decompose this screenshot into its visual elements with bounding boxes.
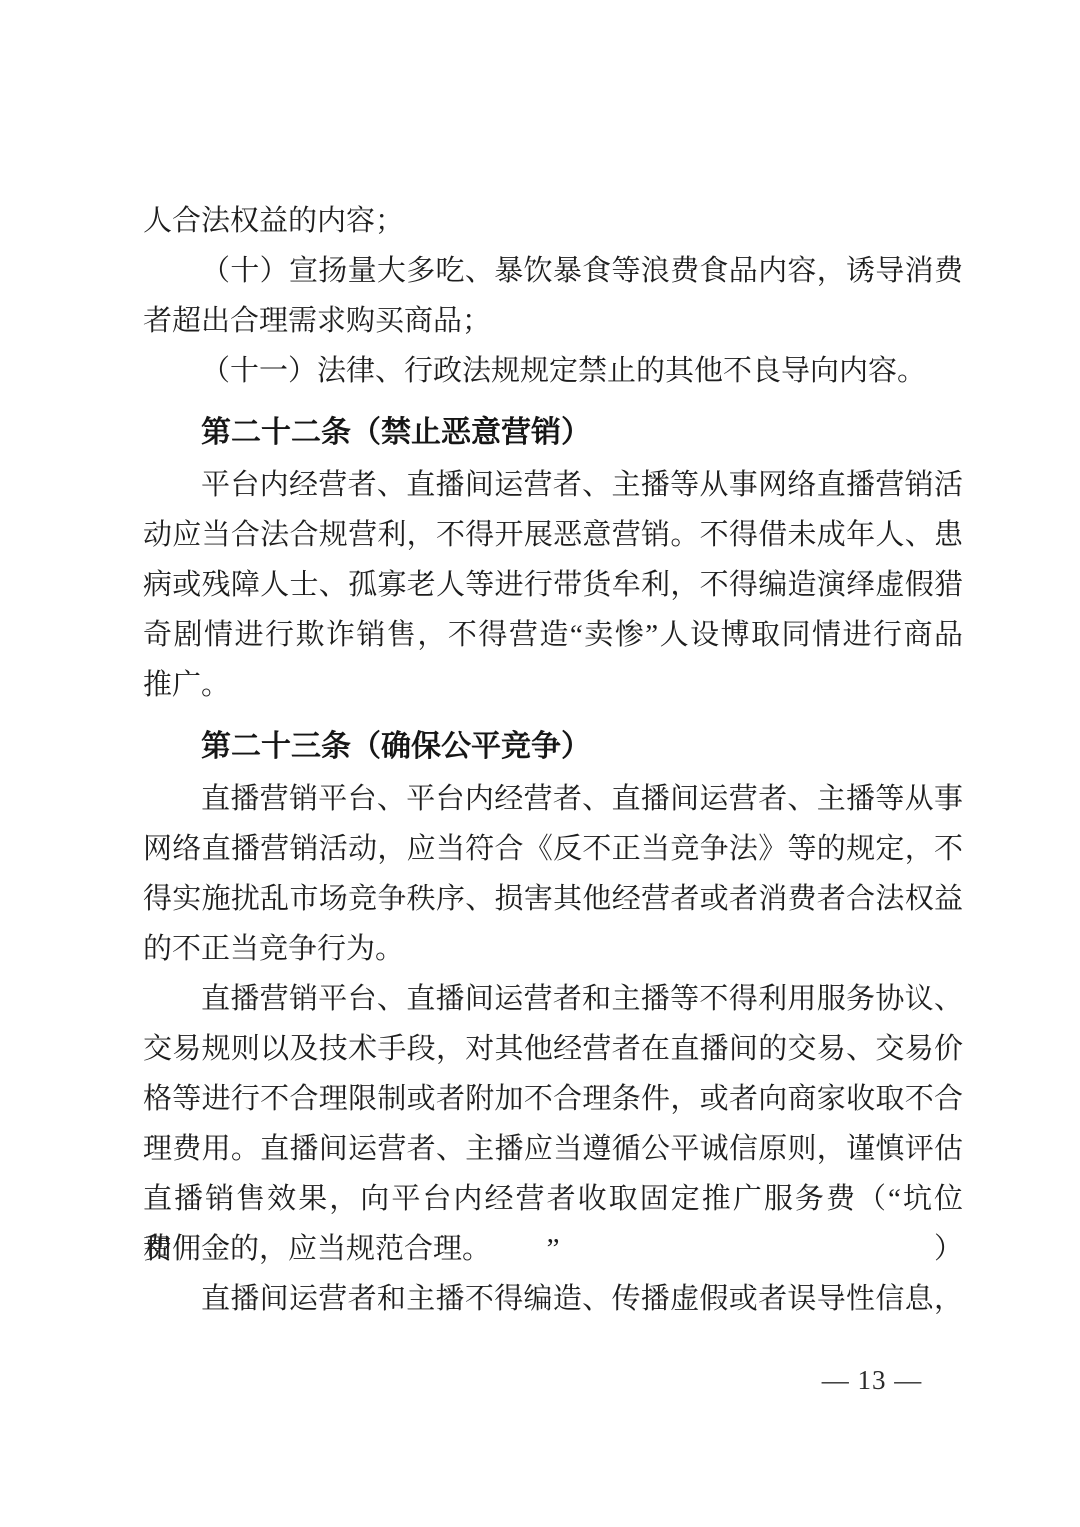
text-line: 平台内经营者、直播间运营者、主播等从事网络直播营销活 <box>143 460 963 510</box>
document-page: 人合法权益的内容；（十）宣扬量大多吃、暴饮暴食等浪费食品内容，诱导消费者超出合理… <box>0 0 1080 1527</box>
text-line: 理费用。直播间运营者、主播应当遵循公平诚信原则，谨慎评估 <box>143 1124 963 1174</box>
text-line: 病或残障人士、孤寡老人等进行带货牟利，不得编造演绎虚假猎 <box>143 560 963 610</box>
text-line: 直播营销平台、平台内经营者、直播间运营者、主播等从事 <box>143 774 963 824</box>
text-line: 网络直播营销活动，应当符合《反不正当竞争法》等的规定，不 <box>143 824 963 874</box>
text-line: （十）宣扬量大多吃、暴饮暴食等浪费食品内容，诱导消费 <box>143 246 963 296</box>
page-number: — 13 — <box>807 1360 937 1400</box>
text-line: 得实施扰乱市场竞争秩序、损害其他经营者或者消费者合法权益 <box>143 874 963 924</box>
text-line: 直播间运营者和主播不得编造、传播虚假或者误导性信息， <box>143 1274 963 1324</box>
text-line: 人合法权益的内容； <box>143 196 963 246</box>
text-line: 直播营销平台、直播间运营者和主播等不得利用服务协议、 <box>143 974 963 1024</box>
text-line: 动应当合法合规营利，不得开展恶意营销。不得借未成年人、患 <box>143 510 963 560</box>
text-line: 者超出合理需求购买商品； <box>143 296 963 346</box>
text-line: 交易规则以及技术手段，对其他经营者在直播间的交易、交易价 <box>143 1024 963 1074</box>
article-heading: 第二十二条（禁止恶意营销） <box>143 408 963 458</box>
text-line: 的不正当竞争行为。 <box>143 924 963 974</box>
text-line: 奇剧情进行欺诈销售，不得营造“卖惨”人设博取同情进行商品 <box>143 610 963 660</box>
document-body: 人合法权益的内容；（十）宣扬量大多吃、暴饮暴食等浪费食品内容，诱导消费者超出合理… <box>143 196 963 1324</box>
text-line: （十一）法律、行政法规规定禁止的其他不良导向内容。 <box>143 346 963 396</box>
text-line: 推广。 <box>143 660 963 710</box>
text-line: 格等进行不合理限制或者附加不合理条件，或者向商家收取不合 <box>143 1074 963 1124</box>
text-line: 直播销售效果，向平台内经营者收取固定推广服务费（“坑位费”） <box>143 1174 963 1224</box>
article-heading: 第二十三条（确保公平竞争） <box>143 722 963 772</box>
